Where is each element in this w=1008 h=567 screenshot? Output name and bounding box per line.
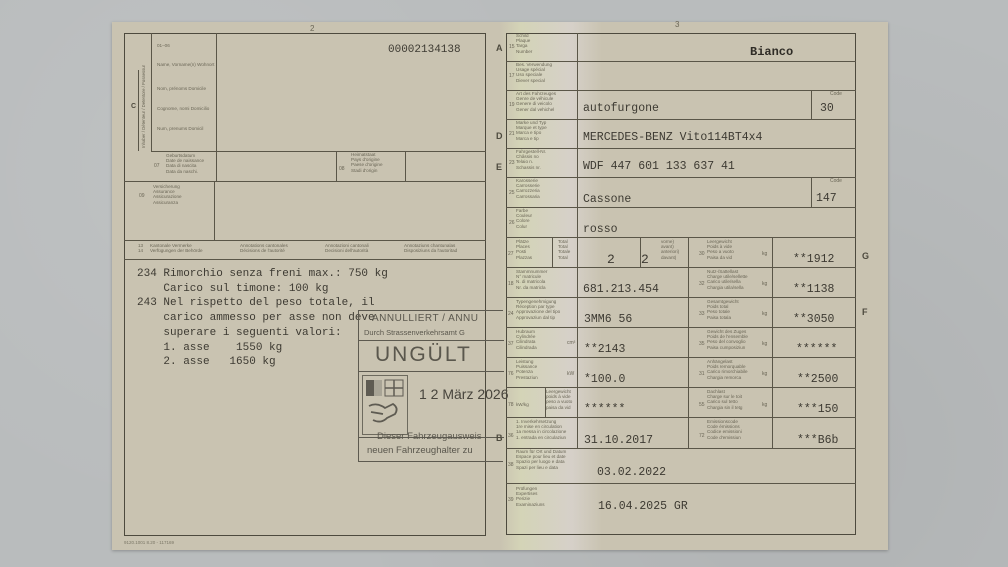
side-letter-d: D [496, 131, 503, 141]
divider [216, 33, 217, 181]
inspections-label: Prüfungen Expertises Perizie Examinaziun… [516, 486, 545, 507]
emission-code-label: Emissionscode Code émissions Codice emis… [707, 419, 742, 440]
vehicle-type-code-label: Code [830, 91, 842, 97]
field-24-num: 24 [508, 311, 514, 317]
field-07-num: 07 [154, 163, 160, 169]
side-letter-f: F [862, 307, 868, 317]
divider [214, 181, 215, 240]
divider [405, 151, 406, 181]
divider [151, 151, 486, 152]
divider [506, 387, 856, 388]
field-15-num: 15 [509, 44, 515, 50]
color-label: Farbe Couleur Colore Colur [516, 208, 532, 229]
stamp-footer-line-2: neuen Fahrzeughalter zu [367, 445, 473, 456]
side-letter-a: A [496, 43, 503, 53]
seats-total-label: Total Total Totale Total [558, 239, 570, 260]
field-78-num: 78 [508, 402, 514, 408]
payload-value: **1138 [793, 283, 834, 296]
field-09-num: 09 [139, 193, 145, 199]
trailer-load-unit: kg [762, 371, 767, 377]
holder-name-label-it: Cognome, nomi Domicilio [157, 106, 209, 111]
field-19-num: 19 [509, 102, 515, 108]
vehicle-type-value: autofurgone [583, 102, 659, 115]
divider [506, 483, 856, 484]
field-31-num: 31 [699, 371, 705, 377]
country-of-origin-label: Heimatstaat Pays d'origine Paese d'origi… [351, 152, 383, 173]
stamp-invalid-text: UNGÜLT [375, 343, 472, 367]
divider [124, 181, 486, 182]
color-value: rosso [583, 223, 618, 236]
canton-coat-of-arms-icon [362, 375, 408, 435]
holder-name-label-de: Name, Vorname(n) Wohnort [157, 62, 214, 67]
power-ratio-label: kW/kg [516, 402, 529, 407]
body-value: Cassone [583, 193, 631, 206]
field-27-num: 27 [508, 251, 514, 257]
train-weight-label: Gewicht des Zuges Poids de l'ensemble Pe… [707, 329, 748, 350]
vehicle-type-code: 30 [820, 102, 834, 115]
remarks-header-de: Kantonale Vermerke Verfügungen der Behör… [150, 243, 203, 253]
field-08-num: 08 [339, 166, 345, 172]
body-code: 147 [816, 192, 837, 205]
make-model-label: Marke und Typ Marque et type Marca e tip… [516, 120, 547, 141]
remarks-header-fr: Annotations cantonales Décisions de l'au… [240, 243, 288, 253]
power-value: *100.0 [584, 373, 625, 386]
seats-front-value: 2 [641, 252, 649, 267]
remark-line-7: 2. asse 1650 kg [137, 356, 276, 368]
field-01-06-label: 01–06 [157, 43, 170, 48]
displacement-label: Hubraum Cylindrée Cilindrata Cilindrada [516, 329, 537, 350]
payload-label: Nutz-/Sattellast Charge utile/sellette C… [707, 269, 748, 290]
remark-line-1: 234 Rimorchio senza freni max.: 750 kg [137, 268, 388, 280]
roof-load-unit: kg [762, 402, 767, 408]
divider [506, 297, 856, 298]
divider [506, 61, 856, 62]
trailer-load-value: **2500 [797, 373, 838, 386]
divider [506, 177, 856, 178]
stamp-date: 1 2 März 2026 [419, 386, 509, 402]
holder-group-label: Inhaber / Détenteur / Detentore / Posses… [141, 65, 146, 148]
field-26-num: 26 [509, 220, 515, 226]
total-weight-label: Gesamtgewicht Poids total Peso totale Pa… [707, 299, 739, 320]
remark-line-3: 243 Nel rispetto del peso totale, il [137, 297, 375, 309]
seats-total-value: 2 [607, 252, 615, 267]
divider [336, 151, 337, 181]
label-column-divider [577, 33, 578, 448]
remarks-nums: 13 14 [138, 243, 143, 253]
emission-code-value: ***B6b [797, 434, 838, 447]
divider [124, 240, 486, 241]
divider [506, 207, 856, 208]
power-ratio-value: ****** [584, 403, 625, 416]
body-label: Karosserie Carrosserie Carrozzeria Carro… [516, 178, 540, 199]
insurance-label: Versicherung Assurance Assicurazione Ass… [153, 184, 182, 205]
side-letter-g: G [862, 251, 869, 261]
roof-load-value: ***150 [797, 403, 838, 416]
remark-line-5: superare i seguenti valori: [137, 327, 342, 339]
vehicle-type-label: Art des Fahrzeuges Genre de véhicule Gen… [516, 91, 556, 112]
divider [506, 327, 856, 328]
divider [506, 148, 856, 149]
divider [138, 70, 139, 151]
type-approval-label: Typengenehmigung Réception par type Appr… [516, 299, 560, 320]
field-37-num: 37 [508, 341, 514, 347]
field-30-num: 30 [699, 251, 705, 257]
column-number-3: 3 [675, 20, 679, 29]
make-model-value: MERCEDES-BENZ Vito114BT4x4 [583, 131, 762, 144]
divider [506, 267, 856, 268]
inspections-value: 16.04.2025 GR [598, 500, 688, 513]
seats-label: Plätze Places Posti Plazzas [516, 239, 532, 260]
type-approval-value: 3MM6 56 [584, 313, 632, 326]
divider [124, 259, 486, 260]
column-number-2: 2 [310, 24, 314, 33]
field-25-num: 25 [509, 190, 515, 196]
place-date-label: Raum für Ort und Datum Espace pour lieu … [516, 449, 566, 470]
chassis-number-value: WDF 447 601 133 637 41 [583, 160, 735, 173]
field-17-num: 17 [509, 73, 515, 79]
field-38-num: 38 [508, 462, 514, 468]
divider [506, 357, 856, 358]
displacement-unit: cm³ [567, 340, 575, 346]
empty-weight-unit: kg [762, 251, 767, 257]
document-number: 00002134138 [388, 44, 461, 56]
empty-weight-label: Leergewicht Poids à vide Peso a vuoto Pa… [707, 239, 734, 260]
roof-load-label: Dachlast Charge sur le toit Carico sul t… [707, 389, 743, 410]
registration-number-value: 681.213.454 [583, 283, 659, 296]
body-code-label: Code [830, 178, 842, 184]
field-21-num: 21 [509, 131, 515, 137]
field-76-num: 76 [508, 371, 514, 377]
remarks-header-rm: Annotaziuns chantunalas Disposiziuns da … [404, 243, 457, 253]
side-letter-e: E [496, 162, 502, 172]
field-36-num: 36 [508, 433, 514, 439]
field-35-num: 35 [699, 341, 705, 347]
place-date-value: 03.02.2022 [597, 466, 666, 479]
payload-unit: kg [762, 281, 767, 287]
power-label: Leistung Puissance Potenza Prestaziun [516, 359, 538, 380]
power-unit: kW [567, 371, 574, 377]
divider [688, 237, 689, 448]
field-39-num: 39 [508, 497, 514, 503]
divider [552, 237, 553, 267]
field-33-num: 33 [699, 311, 705, 317]
stamp-footer-line-1: Dieser Fahrzeugausweis [377, 431, 482, 442]
power-ratio-sublabel: Leergewicht poids à vide peso a vuoto pa… [546, 389, 572, 410]
side-letter-c: C [131, 103, 136, 110]
train-weight-value: ****** [796, 343, 837, 356]
field-72-num: 72 [699, 433, 705, 439]
train-weight-unit: kg [762, 341, 767, 347]
trailer-load-label: Anhängelast Poids remorquable Carico rim… [707, 359, 748, 380]
registration-number-label: Stammnummer N° matricule N. di matricola… [516, 269, 547, 290]
holder-name-label-fr: Nom, prénoms Domicile [157, 86, 206, 91]
chassis-number-label: Fahrgestell-Nr. Châssis no Telaio n. Sch… [516, 149, 546, 170]
total-weight-unit: kg [762, 311, 767, 317]
remark-line-6: 1. asse 1550 kg [137, 342, 282, 354]
field-18-num: 18 [508, 281, 514, 287]
side-letter-b: B [496, 433, 503, 443]
field-23-num: 23 [509, 160, 515, 166]
divider [506, 90, 856, 91]
displacement-value: **2143 [584, 343, 625, 356]
remarks-header-it: Annotazioni cantonali Decisioni dell'aut… [325, 243, 369, 253]
first-registration-value: 31.10.2017 [584, 434, 653, 447]
remark-line-2: Carico sul timone: 100 kg [137, 283, 328, 295]
first-registration-label: 1. Inverkehrsetzung 1re mise en circulat… [516, 419, 566, 440]
stamp-authority-text: Durch Strassenverkehrsamt G [364, 328, 465, 337]
divider [151, 33, 152, 151]
field-55-num: 55 [699, 402, 705, 408]
birth-date-label: Geburtsdatum Date de naissance Data di n… [166, 153, 204, 174]
plate-label: Schild Plaque Targa Number [516, 33, 532, 54]
holder-name-label-rm: Num, prenums Domicil [157, 126, 203, 131]
cancellation-stamp: ANNULLIERT / ANNU Durch Strassenverkehrs… [358, 310, 503, 462]
seats-front-label: vorne) avant) anteriori) davant) [661, 239, 679, 260]
divider [772, 237, 773, 448]
stamp-cancelled-text: ANNULLIERT / ANNU [372, 313, 479, 324]
remark-line-4: carico ammesso per asse non deve [137, 312, 375, 324]
divider [506, 417, 856, 418]
total-weight-value: **3050 [793, 313, 834, 326]
divider [506, 237, 856, 238]
empty-weight-value: **1912 [793, 253, 834, 266]
divider [811, 177, 812, 207]
special-usage-label: Bes. Verwendung Usage spécial Uso specia… [516, 62, 552, 83]
print-code: 9120.1001 8.20 - 117169 [124, 540, 174, 545]
divider [506, 119, 856, 120]
divider [811, 90, 812, 119]
plate-value: Bianco [750, 45, 793, 59]
field-32-num: 32 [699, 281, 705, 287]
